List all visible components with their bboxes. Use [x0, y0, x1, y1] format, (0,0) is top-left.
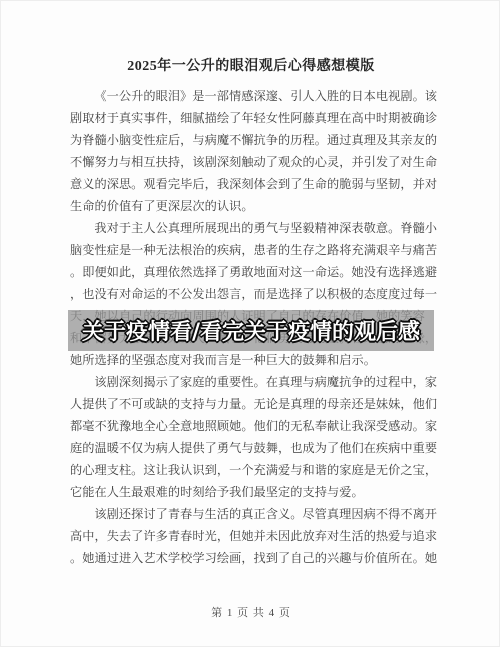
page-number: 第 1 页 共 4 页	[1, 604, 500, 620]
text-line: 《一公升的眼泪》是一部情感深邃、引人入胜的日本电视剧。该	[70, 85, 440, 107]
text-line: 该剧还探讨了青春与生活的真正含义。尽管真理因病不得不离开	[70, 503, 440, 525]
text-line: 脑变性症是一种无法根治的疾病，患者的生存之路将充满艰辛与痛苦	[70, 239, 440, 261]
text-line: 人提供了不可或缺的支持与力量。无论是真理的母亲还是妹妹，他们	[70, 393, 440, 415]
text-line: 高中，失去了许多青春时光，但她并未因此放弃对生活的热爱与追求	[70, 525, 440, 547]
document-title: 2025年一公升的眼泪观后心得感想模版	[1, 55, 500, 75]
text-line: 该剧深刻揭示了家庭的重要性。在真理与病魔抗争的过程中，家	[70, 371, 440, 393]
text-line: 我对于主人公真理所展现出的勇气与坚毅精神深表敬意。脊髓小	[70, 217, 440, 239]
text-line: 为脊髓小脑变性症后，与病魔不懈抗争的历程。通过真理及其亲友的	[70, 129, 440, 151]
text-line: 生命的价值有了更深层次的认识。	[70, 195, 440, 217]
text-line: 剧取材于真实事件，细腻描绘了年轻女性阿藤真理在高中时期被确诊	[70, 107, 440, 129]
text-line: 。即便如此，真理依然选择了勇敢地面对这一命运。她没有选择逃避	[70, 261, 440, 283]
text-line: 她所选择的坚强态度对我而言是一种巨大的鼓舞和启示。	[70, 349, 440, 371]
text-line: 。她通过进入艺术学校学习绘画，找到了自己的兴趣与价值所在。她	[70, 547, 440, 569]
text-line: 意义的深思。观看完毕后，我深刻体会到了生命的脆弱与坚韧，并对	[70, 173, 440, 195]
text-line: 都毫不犹豫地全心全意地照顾她。他们的无私奉献让我深受感动。家	[70, 415, 440, 437]
text-line: 它能在人生最艰难的时刻给予我们最坚定的支持与爱。	[70, 481, 440, 503]
text-line: 不懈努力与相互扶持，该剧深刻触动了观众的心灵，并引发了对生命	[70, 151, 440, 173]
watermark-caption: 关于疫情看/看完关于疫情的观后感	[68, 310, 434, 351]
document-page: 2025年一公升的眼泪观后心得感想模版 《一公升的眼泪》是一部情感深邃、引人入胜…	[0, 0, 500, 647]
text-line: 的心理支柱。这让我认识到，一个充满爱与和谐的家庭是无价之宝，	[70, 459, 440, 481]
text-line: 庭的温暖不仅为病人提供了勇气与鼓舞，也成为了他们在疾病中重要	[70, 437, 440, 459]
text-line: ，也没有对命运的不公发出怨言，而是选择了以积极的态度度过每一	[70, 283, 440, 305]
